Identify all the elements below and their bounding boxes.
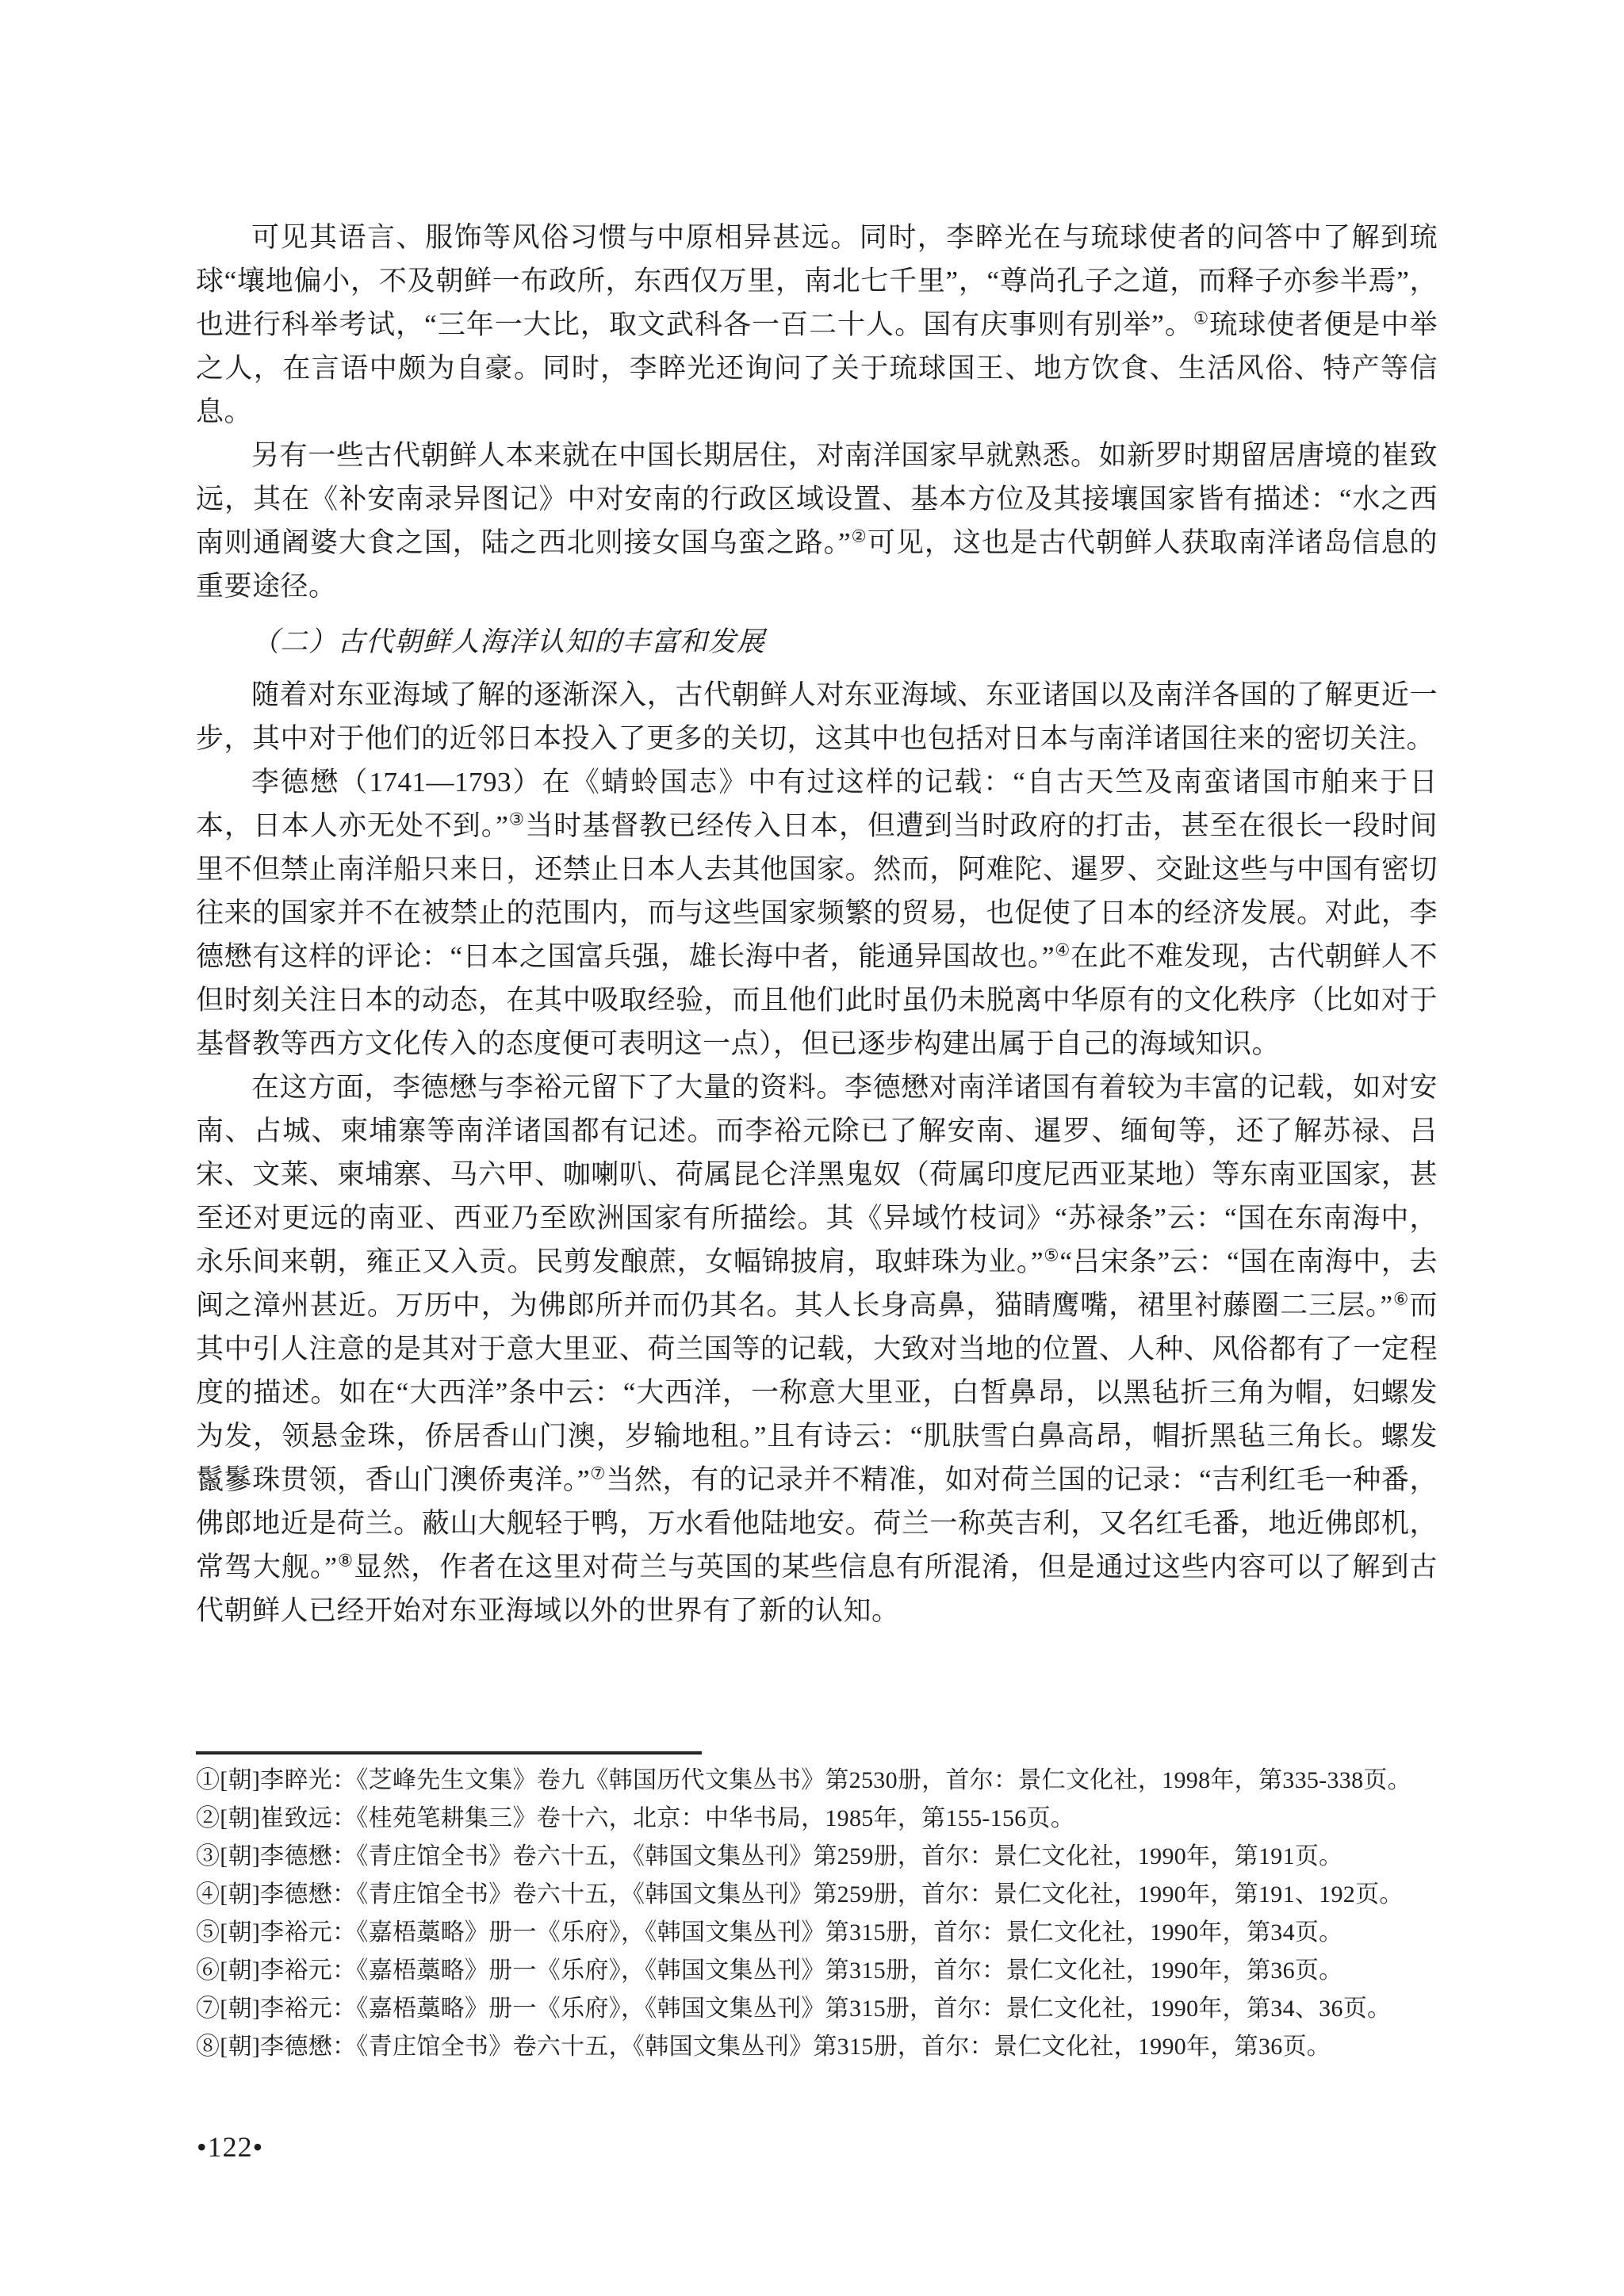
- footnote-5: ⑤[朝]李裕元：《嘉梧藁略》册一《乐府》，《韩国文集丛刊》第315册，首尔：景仁…: [196, 1914, 1441, 1952]
- footnote-6: ⑥[朝]李裕元：《嘉梧藁略》册一《乐府》，《韩国文集丛刊》第315册，首尔：景仁…: [196, 1952, 1441, 1990]
- footnote-reference: ⑧: [337, 1551, 354, 1570]
- footnote-reference: ③: [508, 809, 525, 828]
- footnote-reference: ⑥: [1393, 1289, 1410, 1308]
- footnote-reference: ④: [1055, 940, 1071, 959]
- body-text-block: 可见其语言、服饰等风俗习惯与中原相异甚远。同时，李睟光在与琉球使者的问答中了解到…: [196, 216, 1438, 1632]
- footnote-reference: ②: [851, 526, 868, 545]
- paragraph-yi-yuwon-records: 在这方面，李德懋与李裕元留下了大量的资料。李德懋对南洋诸国有着较为丰富的记载，如…: [196, 1066, 1438, 1632]
- paragraph-ryukyu-customs: 可见其语言、服饰等风俗习惯与中原相异甚远。同时，李睟光在与琉球使者的问答中了解到…: [196, 216, 1438, 434]
- footnote-7: ⑦[朝]李裕元：《嘉梧藁略》册一《乐府》，《韩国文集丛刊》第315册，首尔：景仁…: [196, 1990, 1441, 2028]
- footnote-8: ⑧[朝]李德懋：《青庄馆全书》卷六十五，《韩国文集丛刊》第315册，首尔：景仁文…: [196, 2028, 1441, 2066]
- footnote-4: ④[朝]李德懋：《青庄馆全书》卷六十五，《韩国文集丛刊》第259册，首尔：景仁文…: [196, 1876, 1441, 1914]
- footnote-reference: ⑦: [590, 1464, 606, 1483]
- footnote-reference: ⑤: [1044, 1246, 1059, 1265]
- section-heading: （二）古代朝鲜人海洋认知的丰富和发展: [196, 620, 1438, 664]
- footnotes-block: ①[朝]李睟光：《芝峰先生文集》卷九《韩国历代文集丛书》第2530册，首尔：景仁…: [196, 1762, 1441, 2066]
- footnote-reference: ①: [1193, 308, 1209, 327]
- document-page: 可见其语言、服饰等风俗习惯与中原相异甚远。同时，李睟光在与琉球使者的问答中了解到…: [0, 0, 1624, 2296]
- footnote-separator: [196, 1751, 702, 1755]
- page-number: •122•: [197, 2131, 263, 2163]
- paragraph-yi-deokmu-japan: 李德懋（1741—1793）在《蜻蛉国志》中有过这样的记载：“自古天竺及南蛮诸国…: [196, 760, 1438, 1066]
- footnote-2: ②[朝]崔致远：《桂苑笔耕集三》卷十六，北京：中华书局，1985年，第155-1…: [196, 1800, 1441, 1838]
- paragraph-choe-chiwon: 另有一些古代朝鲜人本来就在中国长期居住，对南洋国家早就熟悉。如新罗时期留居唐境的…: [196, 434, 1438, 608]
- paragraph-east-asia-seas: 随着对东亚海域了解的逐渐深入，古代朝鲜人对东亚海域、东亚诸国以及南洋各国的了解更…: [196, 673, 1438, 760]
- footnote-3: ③[朝]李德懋：《青庄馆全书》卷六十五，《韩国文集丛刊》第259册，首尔：景仁文…: [196, 1838, 1441, 1876]
- footnote-1: ①[朝]李睟光：《芝峰先生文集》卷九《韩国历代文集丛书》第2530册，首尔：景仁…: [196, 1762, 1441, 1800]
